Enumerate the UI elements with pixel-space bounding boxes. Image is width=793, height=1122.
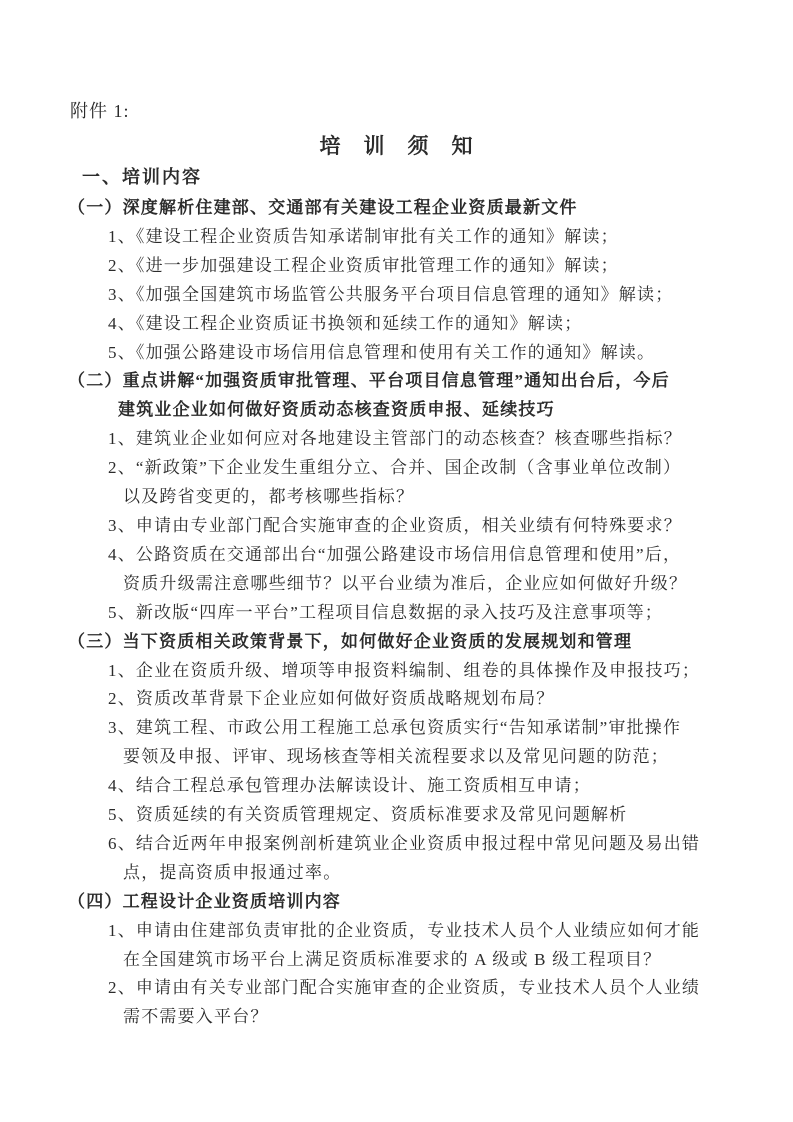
document-line: 5、资质延续的有关资质管理规定、资质标准要求及常见问题解析 xyxy=(68,801,733,830)
document-line: 1、建筑业企业如何应对各地建设主管部门的动态核查？核查哪些指标？ xyxy=(68,425,733,454)
section-one-heading: 一、培训内容 xyxy=(82,163,202,189)
document-line: （一）深度解析住建部、交通部有关建设工程企业资质最新文件 xyxy=(68,194,733,223)
document-line: 在全国建筑市场平台上满足资质标准要求的 A 级或 B 级工程项目？ xyxy=(68,946,733,975)
document-line: 3、建筑工程、市政公用工程施工总承包资质实行“告知承诺制”审批操作 xyxy=(68,714,733,743)
document-line: 2、《进一步加强建设工程企业资质审批管理工作的通知》解读； xyxy=(68,252,733,281)
document-line: 1、申请由住建部负责审批的企业资质，专业技术人员个人业绩应如何才能 xyxy=(68,917,733,946)
document-line: 5、《加强公路建设市场信用信息管理和使用有关工作的通知》解读。 xyxy=(68,339,733,368)
document-line: 1、企业在资质升级、增项等申报资料编制、组卷的具体操作及申报技巧； xyxy=(68,657,733,686)
document-line: 5、新改版“四库一平台”工程项目信息数据的录入技巧及注意事项等； xyxy=(68,599,733,628)
document-line: （三）当下资质相关政策背景下，如何做好企业资质的发展规划和管理 xyxy=(68,628,733,657)
document-line: 4、公路资质在交通部出台“加强公路建设市场信用信息管理和使用”后， xyxy=(68,541,733,570)
document-line: 1、《建设工程企业资质告知承诺制审批有关工作的通知》解读； xyxy=(68,223,733,252)
document-line: 需不需要入平台？ xyxy=(68,1003,733,1032)
document-line: 建筑业企业如何做好资质动态核查资质申报、延续技巧 xyxy=(68,396,733,425)
document-title: 培 训 须 知 xyxy=(0,130,793,160)
document-line: 4、《建设工程企业资质证书换领和延续工作的通知》解读； xyxy=(68,310,733,339)
document-line: 2、资质改革背景下企业应如何做好资质战略规划布局？ xyxy=(68,685,733,714)
document-line: 点，提高资质申报通过率。 xyxy=(68,859,733,888)
document-line: 2、“新政策”下企业发生重组分立、合并、国企改制（含事业单位改制） xyxy=(68,454,733,483)
document-line: 4、结合工程总承包管理办法解读设计、施工资质相互申请； xyxy=(68,772,733,801)
document-line: 6、结合近两年申报案例剖析建筑业企业资质申报过程中常见问题及易出错 xyxy=(68,830,733,859)
attachment-label: 附件 1: xyxy=(70,97,130,123)
document-line: 要领及申报、评审、现场核查等相关流程要求以及常见问题的防范； xyxy=(68,743,733,772)
document-line: （四）工程设计企业资质培训内容 xyxy=(68,888,733,917)
document-page: 附件 1: 培 训 须 知 一、培训内容 （一）深度解析住建部、交通部有关建设工… xyxy=(0,0,793,1122)
document-body: （一）深度解析住建部、交通部有关建设工程企业资质最新文件1、《建设工程企业资质告… xyxy=(68,194,733,1032)
document-line: 以及跨省变更的，都考核哪些指标？ xyxy=(68,483,733,512)
document-line: 2、申请由有关专业部门配合实施审查的企业资质，专业技术人员个人业绩 xyxy=(68,974,733,1003)
document-line: 3、申请由专业部门配合实施审查的企业资质，相关业绩有何特殊要求？ xyxy=(68,512,733,541)
document-line: 资质升级需注意哪些细节？以平台业绩为准后，企业应如何做好升级？ xyxy=(68,570,733,599)
document-line: 3、《加强全国建筑市场监管公共服务平台项目信息管理的通知》解读； xyxy=(68,281,733,310)
document-line: （二）重点讲解“加强资质审批管理、平台项目信息管理”通知出台后，今后 xyxy=(68,367,733,396)
